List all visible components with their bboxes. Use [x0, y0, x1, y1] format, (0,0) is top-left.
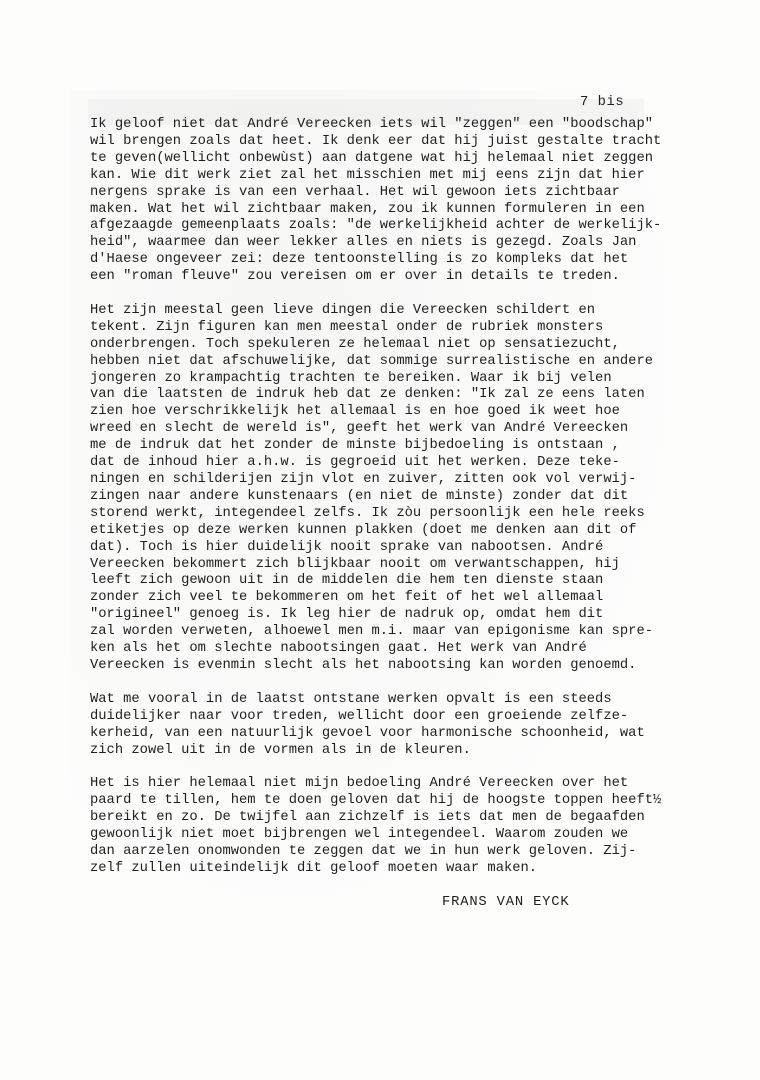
paragraph-3: Wat me vooral in de laatst ontstane werk… [90, 692, 690, 760]
paragraph-1: Ik geloof niet dat André Vereecken iets … [90, 117, 690, 286]
document-page: 7 bis Ik geloof niet dat André Vereecken… [0, 0, 760, 1080]
paragraph-4: Het is hier helemaal niet mijn bedoeling… [90, 776, 690, 877]
signature: FRANS VAN EYCK [90, 895, 690, 912]
page-number: 7 bis [580, 95, 624, 110]
document-body: Ik geloof niet dat André Vereecken iets … [90, 117, 690, 912]
paragraph-2: Het zijn meestal geen lieve dingen die V… [90, 303, 690, 675]
